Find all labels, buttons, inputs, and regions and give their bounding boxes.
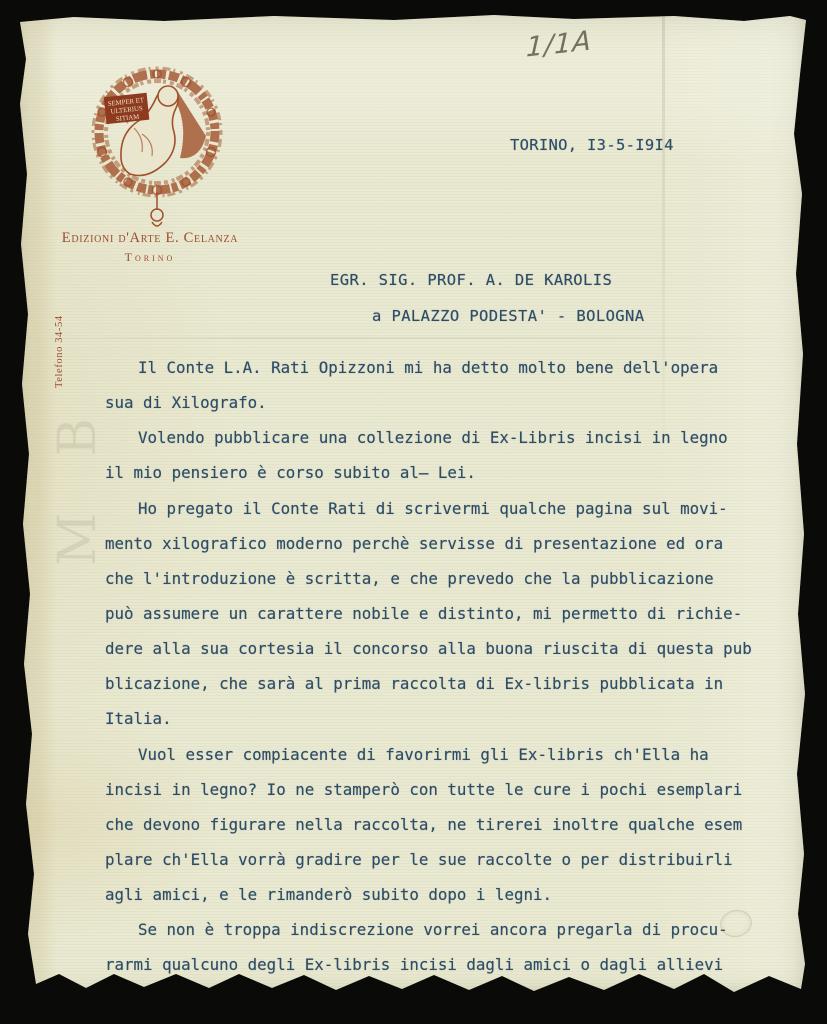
motto-line3: SITIAM <box>116 114 140 123</box>
body-line: Italia. <box>105 701 795 736</box>
letter-body: Il Conte L.A. Rati Opizzoni mi ha detto … <box>105 350 795 983</box>
publisher-name: Edizioni d'Arte E. Celanza <box>40 230 260 247</box>
body-line: rarmi qualcuno degli Ex-libris incisi da… <box>105 947 795 982</box>
body-line: che devono figurare nella raccolta, ne t… <box>105 807 795 842</box>
paper-watermark: M B <box>48 398 108 566</box>
body-line: Ho pregato il Conte Rati di scrivermi qu… <box>105 491 795 526</box>
emblem-dark-ground <box>176 92 206 158</box>
body-line: il mio pensiero è corso subito al̶ Lei. <box>105 455 795 490</box>
body-line: plare ch'Ella vorrà gradire per le sue r… <box>105 842 795 877</box>
body-line: agli amici, e le rimanderò subito dopo i… <box>105 877 795 912</box>
phone-number: Telefono 34-54 <box>54 315 65 388</box>
motto-plaque: SEMPER ET ULTERIUS SITIAM <box>104 93 150 124</box>
body-line: incisi in legno? Io ne stamperò con tutt… <box>105 772 795 807</box>
body-line: Se non è troppa indiscrezione vorrei anc… <box>105 912 795 947</box>
body-line: blicazione, che sarà al prima raccolta d… <box>105 666 795 701</box>
body-line: Vuol esser compiacente di favorirmi gli … <box>105 737 795 772</box>
body-line: dere alla sua cortesia il concorso alla … <box>105 631 795 666</box>
letterhead-emblem: SEMPER ET ULTERIUS SITIAM <box>84 62 230 232</box>
recipient-name: EGR. SIG. PROF. A. DE KAROLIS <box>330 271 612 289</box>
body-line: Il Conte L.A. Rati Opizzoni mi ha detto … <box>105 350 795 385</box>
recipient-address: a PALAZZO PODESTA' - BOLOGNA <box>372 307 645 325</box>
body-line: Volendo pubblicare una collezione di Ex-… <box>105 420 795 455</box>
publisher-city: Torino <box>40 250 260 265</box>
body-line: mento xilografico moderno perchè serviss… <box>105 526 795 561</box>
vertical-fold-crease <box>662 14 665 444</box>
scan-background: { "page_marker": "1/1A", "letterhead": {… <box>0 0 827 1024</box>
letter-paper: SEMPER ET ULTERIUS SITIAM Edizioni d'Art… <box>14 14 806 1000</box>
dateline: TORINO, I3-5-I9I4 <box>510 136 674 154</box>
body-line: può assumere un carattere nobile e disti… <box>105 596 795 631</box>
body-line: che l'introduzione è scritta, e che prev… <box>105 561 795 596</box>
horizontal-fold-crease <box>14 337 806 339</box>
pendant-ornament-icon <box>151 192 163 226</box>
body-line: sua di Xilografo. <box>105 385 795 420</box>
page-marker-handwritten: 1/1A <box>526 25 593 63</box>
